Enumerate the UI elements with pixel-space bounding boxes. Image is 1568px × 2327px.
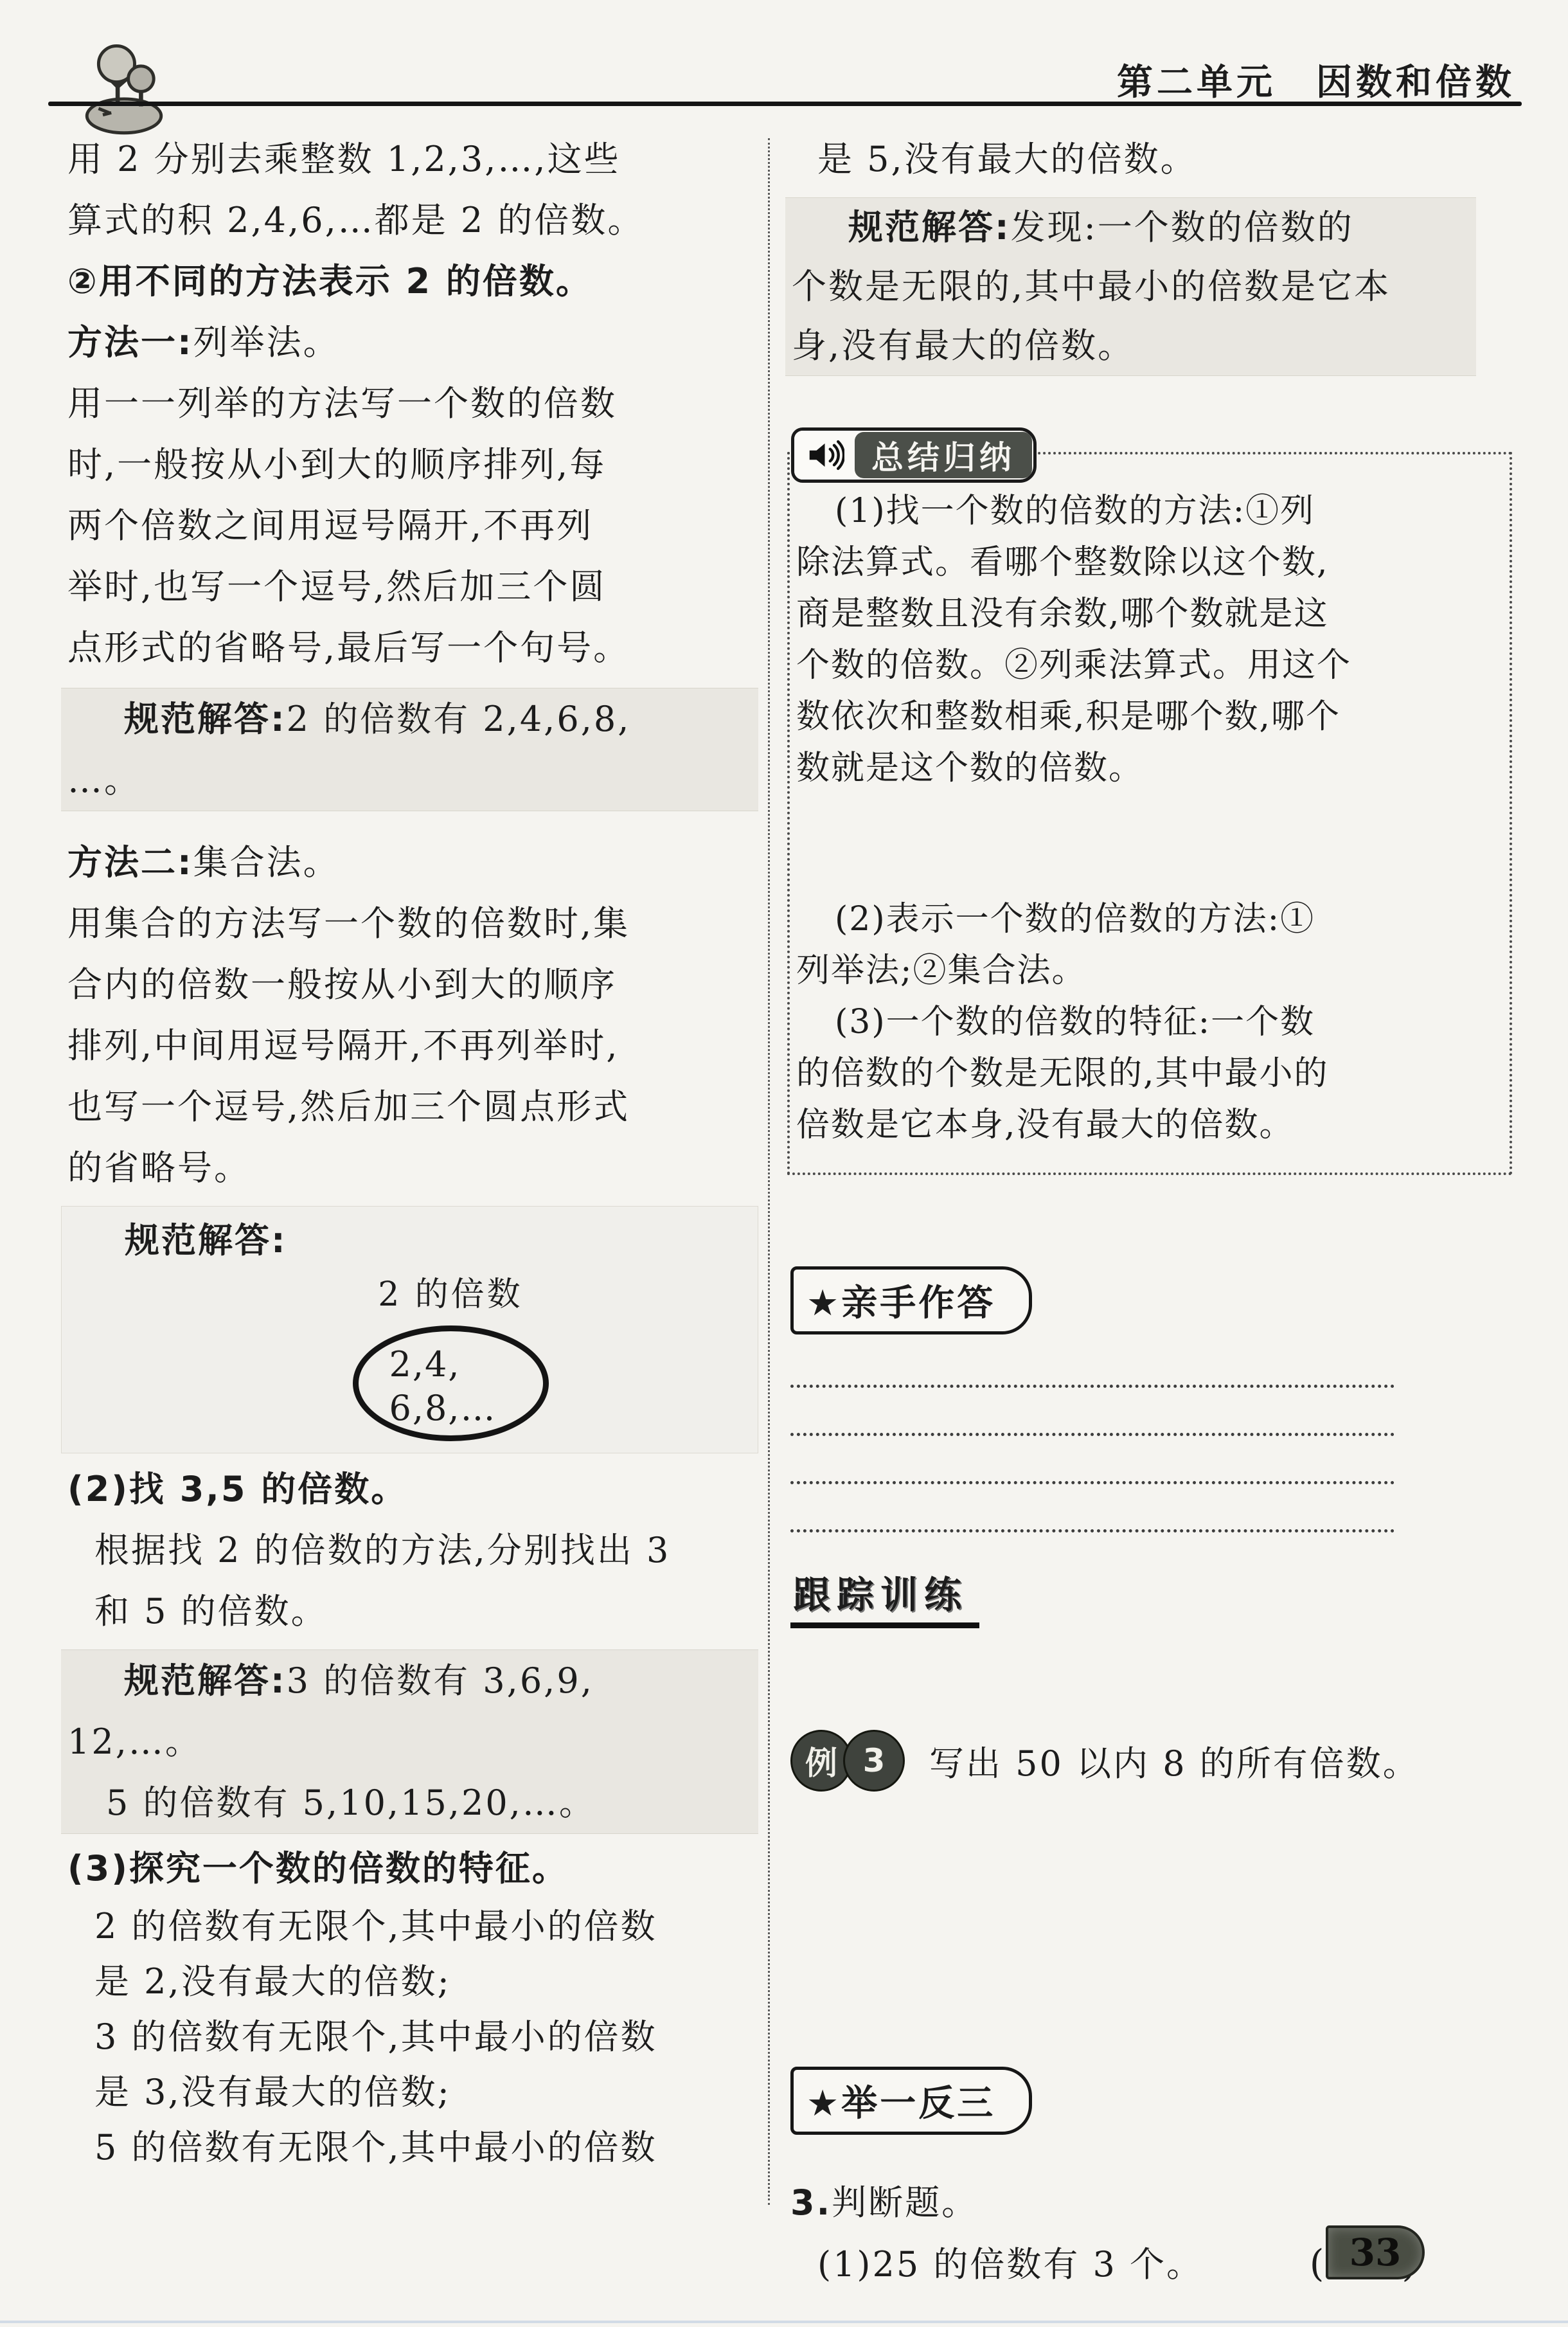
answer-label: 规范解答:	[848, 207, 1011, 247]
answer-text: 3 的倍数有 3,6,9,	[287, 1660, 594, 1701]
text-line: 两个倍数之间用逗号隔开,不再列	[67, 495, 755, 556]
set-values-row: 6,8,…	[389, 1387, 543, 1430]
method1-name: 列举法。	[193, 322, 340, 363]
text-line: 3 的倍数有无限个,其中最小的倍数	[67, 2009, 755, 2065]
tracking-training-heading: 跟踪训练	[790, 1565, 979, 1628]
scan-edge-line	[0, 2321, 1568, 2323]
summary-line: 列举法;②集合法。	[796, 945, 1502, 996]
answer-line: 身,没有最大的倍数。	[792, 316, 1473, 375]
summary-badge: 总结归纳	[791, 427, 1037, 483]
answer-label: 规范解答:	[124, 699, 287, 739]
summary-section: 总结归纳 (1)找一个数的倍数的方法:①列 除法算式。看哪个整数除以这个数, 商…	[787, 452, 1512, 1175]
right-column: 是 5,没有最大的倍数。 规范解答:发现:一个数的倍数的 个数是无限的,其中最小…	[790, 129, 1520, 2295]
left-column: 用 2 分别去乘整数 1,2,3,…,这些 算式的积 2,4,6,…都是 2 的…	[67, 129, 755, 2175]
answer-line: 规范解答:	[68, 1210, 751, 1271]
text-line: 时,一般按从小到大的顺序排列,每	[67, 434, 755, 495]
text-line: 用集合的方法写一个数的倍数时,集	[67, 893, 755, 954]
answer-line: 规范解答:2 的倍数有 2,4,6,8,	[67, 688, 755, 750]
text-line: 用 2 分别去乘整数 1,2,3,…,这些	[67, 129, 755, 190]
summary-line: 商是整数且没有余数,哪个数就是这	[796, 588, 1502, 640]
trees-icon	[69, 32, 179, 138]
bracket-open: (	[1310, 2242, 1326, 2285]
method1-label: 方法一:	[67, 322, 193, 363]
answer-blank-line	[790, 1436, 1394, 1484]
answer-line: 个数是无限的,其中最小的倍数是它本	[792, 257, 1473, 316]
summary-line: 倍数是它本身,没有最大的倍数。	[796, 1099, 1502, 1151]
judge-heading: 3.判断题。	[790, 2172, 1520, 2233]
summary-line: 个数的倍数。②列乘法算式。用这个	[796, 640, 1502, 691]
example-question: 写出 50 以内 8 的所有倍数。	[929, 1736, 1420, 1786]
text-line: 是 2,没有最大的倍数;	[67, 1954, 755, 2009]
column-divider	[768, 138, 770, 2205]
summary-line: 的倍数的个数是无限的,其中最小的	[796, 1048, 1502, 1099]
text-line: 5 的倍数有无限个,其中最小的倍数	[67, 2120, 755, 2175]
set-diagram-caption: 2 的倍数	[344, 1271, 557, 1319]
sub-heading-feature: (3)探究一个数的倍数的特征。	[67, 1838, 755, 1899]
self-answer-badge: ★亲手作答	[790, 1266, 1032, 1334]
page-number: 33	[1350, 2231, 1402, 2274]
text-line: 排列,中间用逗号隔开,不再列举时,	[67, 1015, 755, 1076]
text-line: 合内的倍数一般按从小到大的顺序	[67, 954, 755, 1015]
sub-heading-methods: ②用不同的方法表示 2 的倍数。	[67, 251, 755, 312]
answer-text: 发现:一个数的倍数的	[1011, 207, 1354, 247]
example-3-row: 例 3 写出 50 以内 8 的所有倍数。	[790, 1730, 1520, 1792]
extension-badge: ★举一反三	[790, 2067, 1032, 2135]
answer-label: 规范解答:	[125, 1220, 287, 1261]
method2-label: 方法二:	[67, 842, 193, 883]
text-line: 是 3,没有最大的倍数;	[67, 2065, 755, 2120]
judge-item-text: (1)25 的倍数有 3 个。	[790, 2234, 1203, 2295]
answer-blank-line	[790, 1388, 1394, 1436]
text-line: 也写一个逗号,然后加三个圆点形式	[67, 1076, 755, 1137]
answer-line: 12,…。	[67, 1711, 755, 1772]
text-line: 是 5,没有最大的倍数。	[790, 129, 1520, 190]
answer-line: 5 的倍数有 5,10,15,20,…。	[67, 1772, 755, 1833]
text-line: 的省略号。	[67, 1137, 755, 1198]
summary-line: (2)表示一个数的倍数的方法:①	[796, 894, 1502, 945]
text-line: 算式的积 2,4,6,…都是 2 的倍数。	[67, 190, 755, 251]
answer-line: …。	[67, 750, 755, 811]
method2-name: 集合法。	[193, 842, 340, 883]
text-line: 和 5 的倍数。	[67, 1581, 755, 1642]
answer-label: 规范解答:	[124, 1660, 287, 1701]
standard-answer-block-4: 规范解答:发现:一个数的倍数的 个数是无限的,其中最小的倍数是它本 身,没有最大…	[785, 197, 1476, 376]
judge-title: 判断题。	[832, 2182, 978, 2223]
answer-blank-line	[790, 1340, 1394, 1388]
summary-line: (3)一个数的倍数的特征:一个数	[796, 996, 1502, 1048]
summary-badge-label: 总结归纳	[855, 432, 1032, 478]
method1-heading: 方法一:列举法。	[67, 312, 755, 373]
example-number-badge: 3	[843, 1730, 905, 1792]
text-line: 用一一列举的方法写一个数的倍数	[67, 373, 755, 434]
set-diagram: 2 的倍数 2,4, 6,8,…	[344, 1271, 557, 1441]
set-values-row: 2,4,	[389, 1343, 543, 1387]
header-rule	[48, 102, 1522, 106]
standard-answer-block-1: 规范解答:2 的倍数有 2,4,6,8, …。	[61, 688, 758, 811]
sub-heading-find35: (2)找 3,5 的倍数。	[67, 1459, 755, 1520]
judge-number: 3.	[790, 2182, 832, 2223]
text-line: 根据找 2 的倍数的方法,分别找出 3	[67, 1520, 755, 1581]
page-number-badge: 33	[1326, 2225, 1425, 2279]
summary-line: 数就是这个数的倍数。	[796, 742, 1502, 794]
answer-text: 2 的倍数有 2,4,6,8,	[287, 699, 631, 739]
summary-line: 数依次和整数相乘,积是哪个数,哪个	[796, 691, 1502, 742]
speaker-icon	[794, 431, 853, 480]
text-line: 2 的倍数有无限个,其中最小的倍数	[67, 1899, 755, 1954]
summary-line: 除法算式。看哪个整数除以这个数,	[796, 537, 1502, 588]
text-line: 举时,也写一个逗号,然后加三个圆	[67, 556, 755, 617]
answer-line: 规范解答:发现:一个数的倍数的	[792, 198, 1473, 257]
page-title: 第二单元 因数和倍数	[1117, 54, 1515, 105]
answer-line: 规范解答:3 的倍数有 3,6,9,	[67, 1650, 755, 1711]
text-line: 点形式的省略号,最后写一个句号。	[67, 617, 755, 678]
standard-answer-block-3: 规范解答:3 的倍数有 3,6,9, 12,…。 5 的倍数有 5,10,15,…	[61, 1649, 758, 1834]
method2-heading: 方法二:集合法。	[67, 832, 755, 893]
answer-blank-line	[790, 1484, 1394, 1532]
set-oval: 2,4, 6,8,…	[353, 1325, 549, 1441]
standard-answer-block-2: 规范解答: 2 的倍数 2,4, 6,8,…	[61, 1206, 758, 1453]
summary-line: (1)找一个数的倍数的方法:①列	[796, 485, 1502, 537]
